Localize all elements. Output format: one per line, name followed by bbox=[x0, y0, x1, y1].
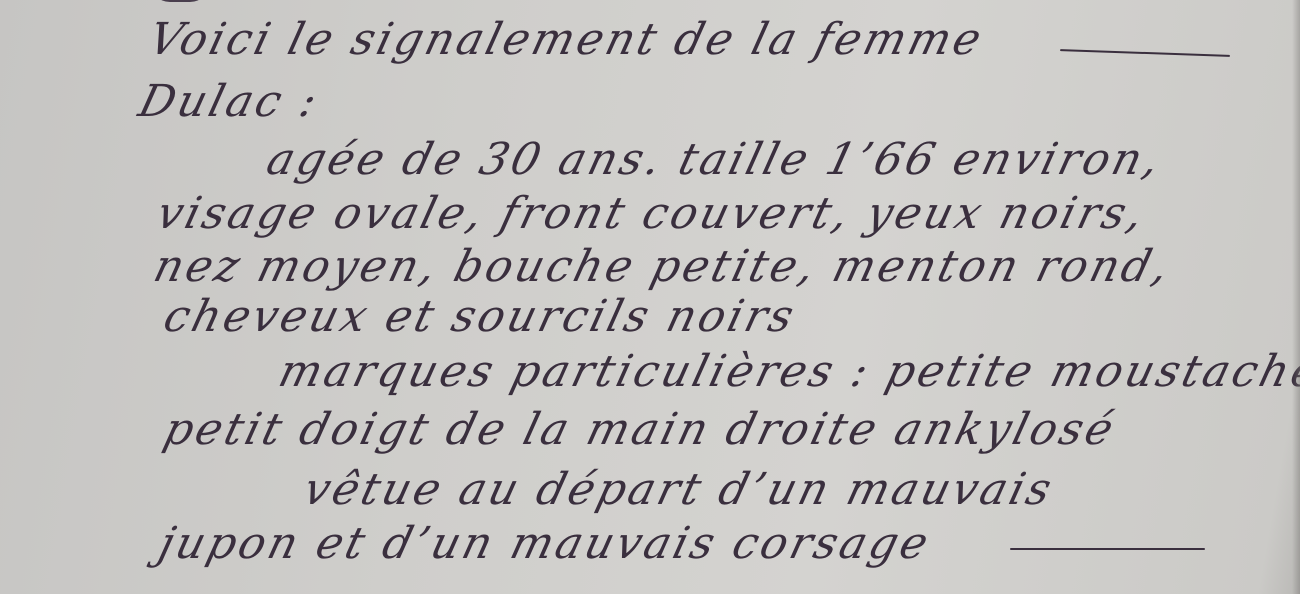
cropped-ink-fragment bbox=[150, 0, 210, 2]
manuscript-line-4: visage ovale, front couvert, yeux noirs, bbox=[153, 192, 1151, 236]
paper-edge-shadow bbox=[1292, 0, 1300, 594]
manuscript-page: Voici le signalement de la femme Dulac :… bbox=[0, 0, 1300, 594]
line-end-flourish bbox=[1060, 49, 1230, 57]
manuscript-line-10: jupon et d’un mauvais corsage bbox=[155, 522, 936, 566]
line-end-flourish bbox=[1010, 548, 1205, 550]
manuscript-line-9: vêtue au départ d’un mauvais bbox=[300, 468, 1059, 512]
manuscript-line-5: nez moyen, bouche petite, menton rond, bbox=[150, 245, 1176, 289]
manuscript-line-6: cheveux et sourcils noirs bbox=[160, 295, 801, 339]
manuscript-line-1: Voici le signalement de la femme bbox=[145, 18, 989, 62]
manuscript-line-3: agée de 30 ans. taille 1’66 environ, bbox=[263, 138, 1167, 182]
manuscript-line-7: marques particulières : petite moustache bbox=[275, 350, 1300, 394]
manuscript-line-2: Dulac : bbox=[135, 80, 324, 124]
manuscript-line-8: petit doigt de la main droite ankylosé bbox=[160, 408, 1121, 452]
